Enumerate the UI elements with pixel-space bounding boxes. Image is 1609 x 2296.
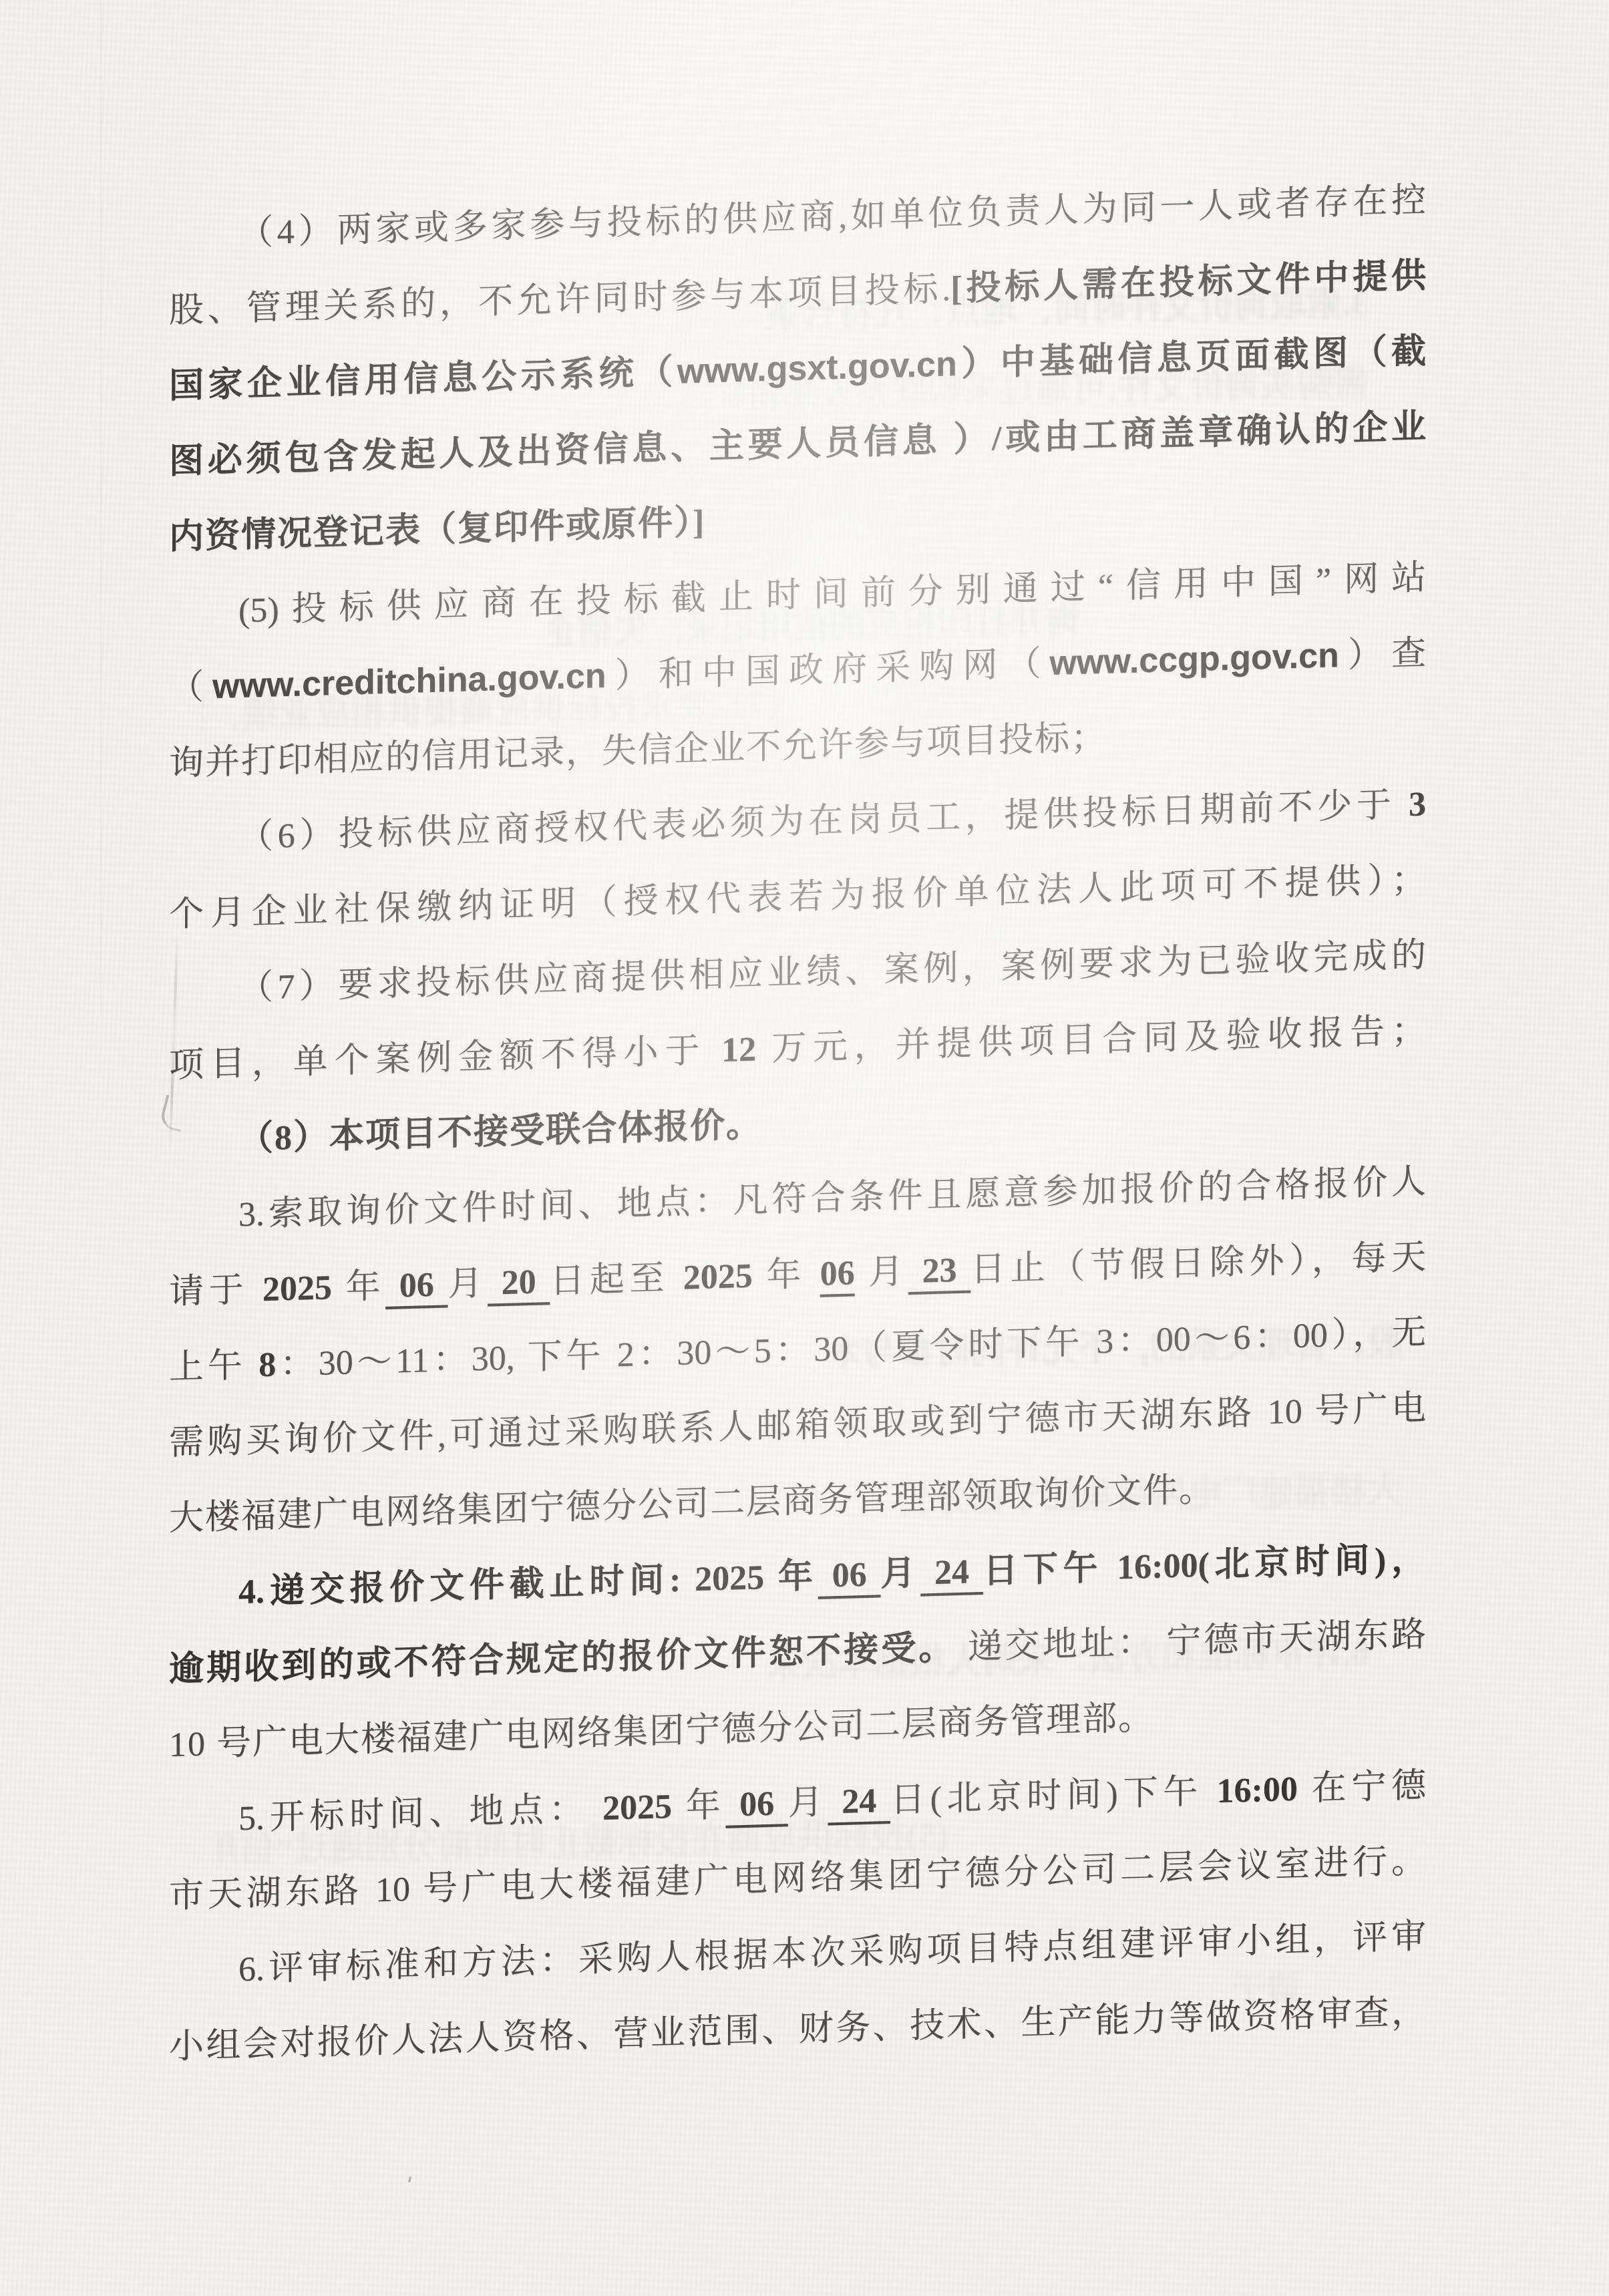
text-segment: 在宁德 bbox=[1298, 1766, 1426, 1808]
number-value: 3 bbox=[1409, 785, 1426, 824]
underlined-date-value: 24 bbox=[920, 1552, 983, 1593]
text-segment: 询并打印相应的信用记录，失信企业不允许参与项目投标； bbox=[169, 719, 1107, 783]
text-segment: (北京时间)， bbox=[1198, 1540, 1426, 1585]
text-segment: 上午 bbox=[169, 1346, 258, 1387]
underlined-date-value: 06 bbox=[385, 1265, 448, 1305]
text-segment: 递交地址： 宁德市天湖东路 bbox=[956, 1615, 1426, 1667]
underlined-date-value: 23 bbox=[908, 1251, 970, 1291]
scanned-document-page: 3.索取询价文件时间、地点：凡符合条件且愿意参加报价的合格报价人 需购买询价文件… bbox=[0, 0, 1609, 2296]
text-segment: 5.开标时间、地点： bbox=[238, 1790, 602, 1838]
number-value: 12 bbox=[721, 1030, 756, 1069]
text-segment: 日起至 bbox=[550, 1259, 683, 1301]
text-segment: 内资情况登记表（复印件或原件）] bbox=[169, 504, 705, 556]
text-segment: 10 号广电大楼福建广电网络集团宁德分公司二层商务管理部。 bbox=[169, 1699, 1154, 1764]
text-segment: （ bbox=[169, 668, 212, 707]
text-segment: （7）要求投标供应商提供相应业绩、案例，案例要求为已验收完成的 bbox=[238, 936, 1426, 1007]
document-text: （4）两家或多家参与投标的供应商,如单位负责人为同一人或者存在控 股、管理关系的… bbox=[169, 162, 1426, 2085]
underlined-date-value: 06 bbox=[725, 1784, 787, 1824]
text-segment: 年 bbox=[753, 1255, 820, 1295]
text-segment: ）中基础信息页面截图（截 bbox=[957, 332, 1426, 383]
text-segment: 月 bbox=[880, 1554, 920, 1594]
text-segment: 4.递交报价文件截止时间: bbox=[238, 1561, 695, 1611]
text-segment: 年 bbox=[332, 1267, 385, 1307]
text-segment: ）和中国政府采购网（ bbox=[606, 645, 1050, 695]
text-segment: （6）投标供应商授权代表必须为在岗员工，提供投标日期前不少于 bbox=[238, 786, 1409, 856]
date-value: 2025 bbox=[695, 1559, 764, 1599]
underlined-date-value: 20 bbox=[488, 1263, 550, 1303]
text-segment: 日止（节假日除外），每天 bbox=[970, 1238, 1426, 1289]
text-segment: 大楼福建广电网络集团宁德分公司二层商务管理部领取询价文件。 bbox=[169, 1470, 1215, 1538]
url-text: www.ccgp.gov.cn bbox=[1049, 636, 1338, 683]
text-segment: 年 bbox=[672, 1786, 725, 1826]
date-value: 2025 bbox=[683, 1257, 753, 1297]
underlined-date-value: 06 bbox=[818, 1555, 881, 1595]
text-segment: 万元，并提供项目合同及验收报告； bbox=[756, 1011, 1426, 1068]
text-segment: （4）两家或多家参与投标的供应商,如单位负责人为同一人或者存在控 bbox=[238, 181, 1426, 253]
underlined-date-value: 24 bbox=[828, 1782, 890, 1822]
text-segment: 国家企业信用信息公示系统（ bbox=[169, 353, 677, 405]
scan-speck-artifact bbox=[408, 2176, 411, 2182]
time-value: 16:00 bbox=[1217, 1770, 1298, 1810]
underlined-date-value: 06 bbox=[820, 1254, 855, 1293]
text-segment: 3.索取询价文件时间、地点：凡符合条件且愿意参加报价的合格报价人 bbox=[238, 1162, 1426, 1234]
text-segment: 月 bbox=[788, 1783, 828, 1822]
text-segment: (5)投标供应商在投标截止时间前分别通过“信用中国”网站 bbox=[238, 558, 1426, 630]
text-segment: 6.评审标准和方法：采购人根据本次采购项目特点组建评审小组，评审 bbox=[238, 1917, 1426, 1989]
time-value: 8 bbox=[258, 1346, 276, 1385]
text-segment: 股、管理关系的，不允许同时参与本项目投标. bbox=[169, 270, 950, 330]
text-segment: 年 bbox=[764, 1557, 818, 1597]
text-segment: 小组会对报价人法人资格、营业范围、财务、技术、生产能力等做资格审查， bbox=[169, 1993, 1426, 2066]
text-segment: 日(北京时间)下午 bbox=[890, 1772, 1217, 1820]
url-text: www.creditchina.gov.cn bbox=[212, 657, 606, 706]
text-segment: （8）本项目不接受联合体报价。 bbox=[238, 1106, 762, 1158]
text-segment: 月 bbox=[448, 1265, 488, 1304]
text-segment: 请于 bbox=[169, 1271, 262, 1311]
text-segment: 日下午 bbox=[983, 1548, 1117, 1591]
text-segment: ）查 bbox=[1339, 634, 1426, 675]
fold-line bbox=[100, 0, 102, 1015]
text-segment: 月 bbox=[855, 1253, 908, 1292]
text-segment: 项目，单个案例金额不得小于 bbox=[169, 1031, 721, 1085]
date-value: 2025 bbox=[262, 1269, 332, 1309]
time-value: 16:00 bbox=[1117, 1546, 1198, 1587]
text-segment: [投标人需在投标文件中提供 bbox=[950, 257, 1426, 308]
date-value: 2025 bbox=[602, 1788, 672, 1828]
text-segment: ：30～11：30, 下午 2：30～5：30（夏令时下午 3：00～6：00）… bbox=[276, 1313, 1426, 1383]
text-segment: 逾期收到的或不符合规定的报价文件恕不接受。 bbox=[169, 1629, 956, 1689]
url-text: www.gsxt.gov.cn bbox=[677, 345, 957, 391]
